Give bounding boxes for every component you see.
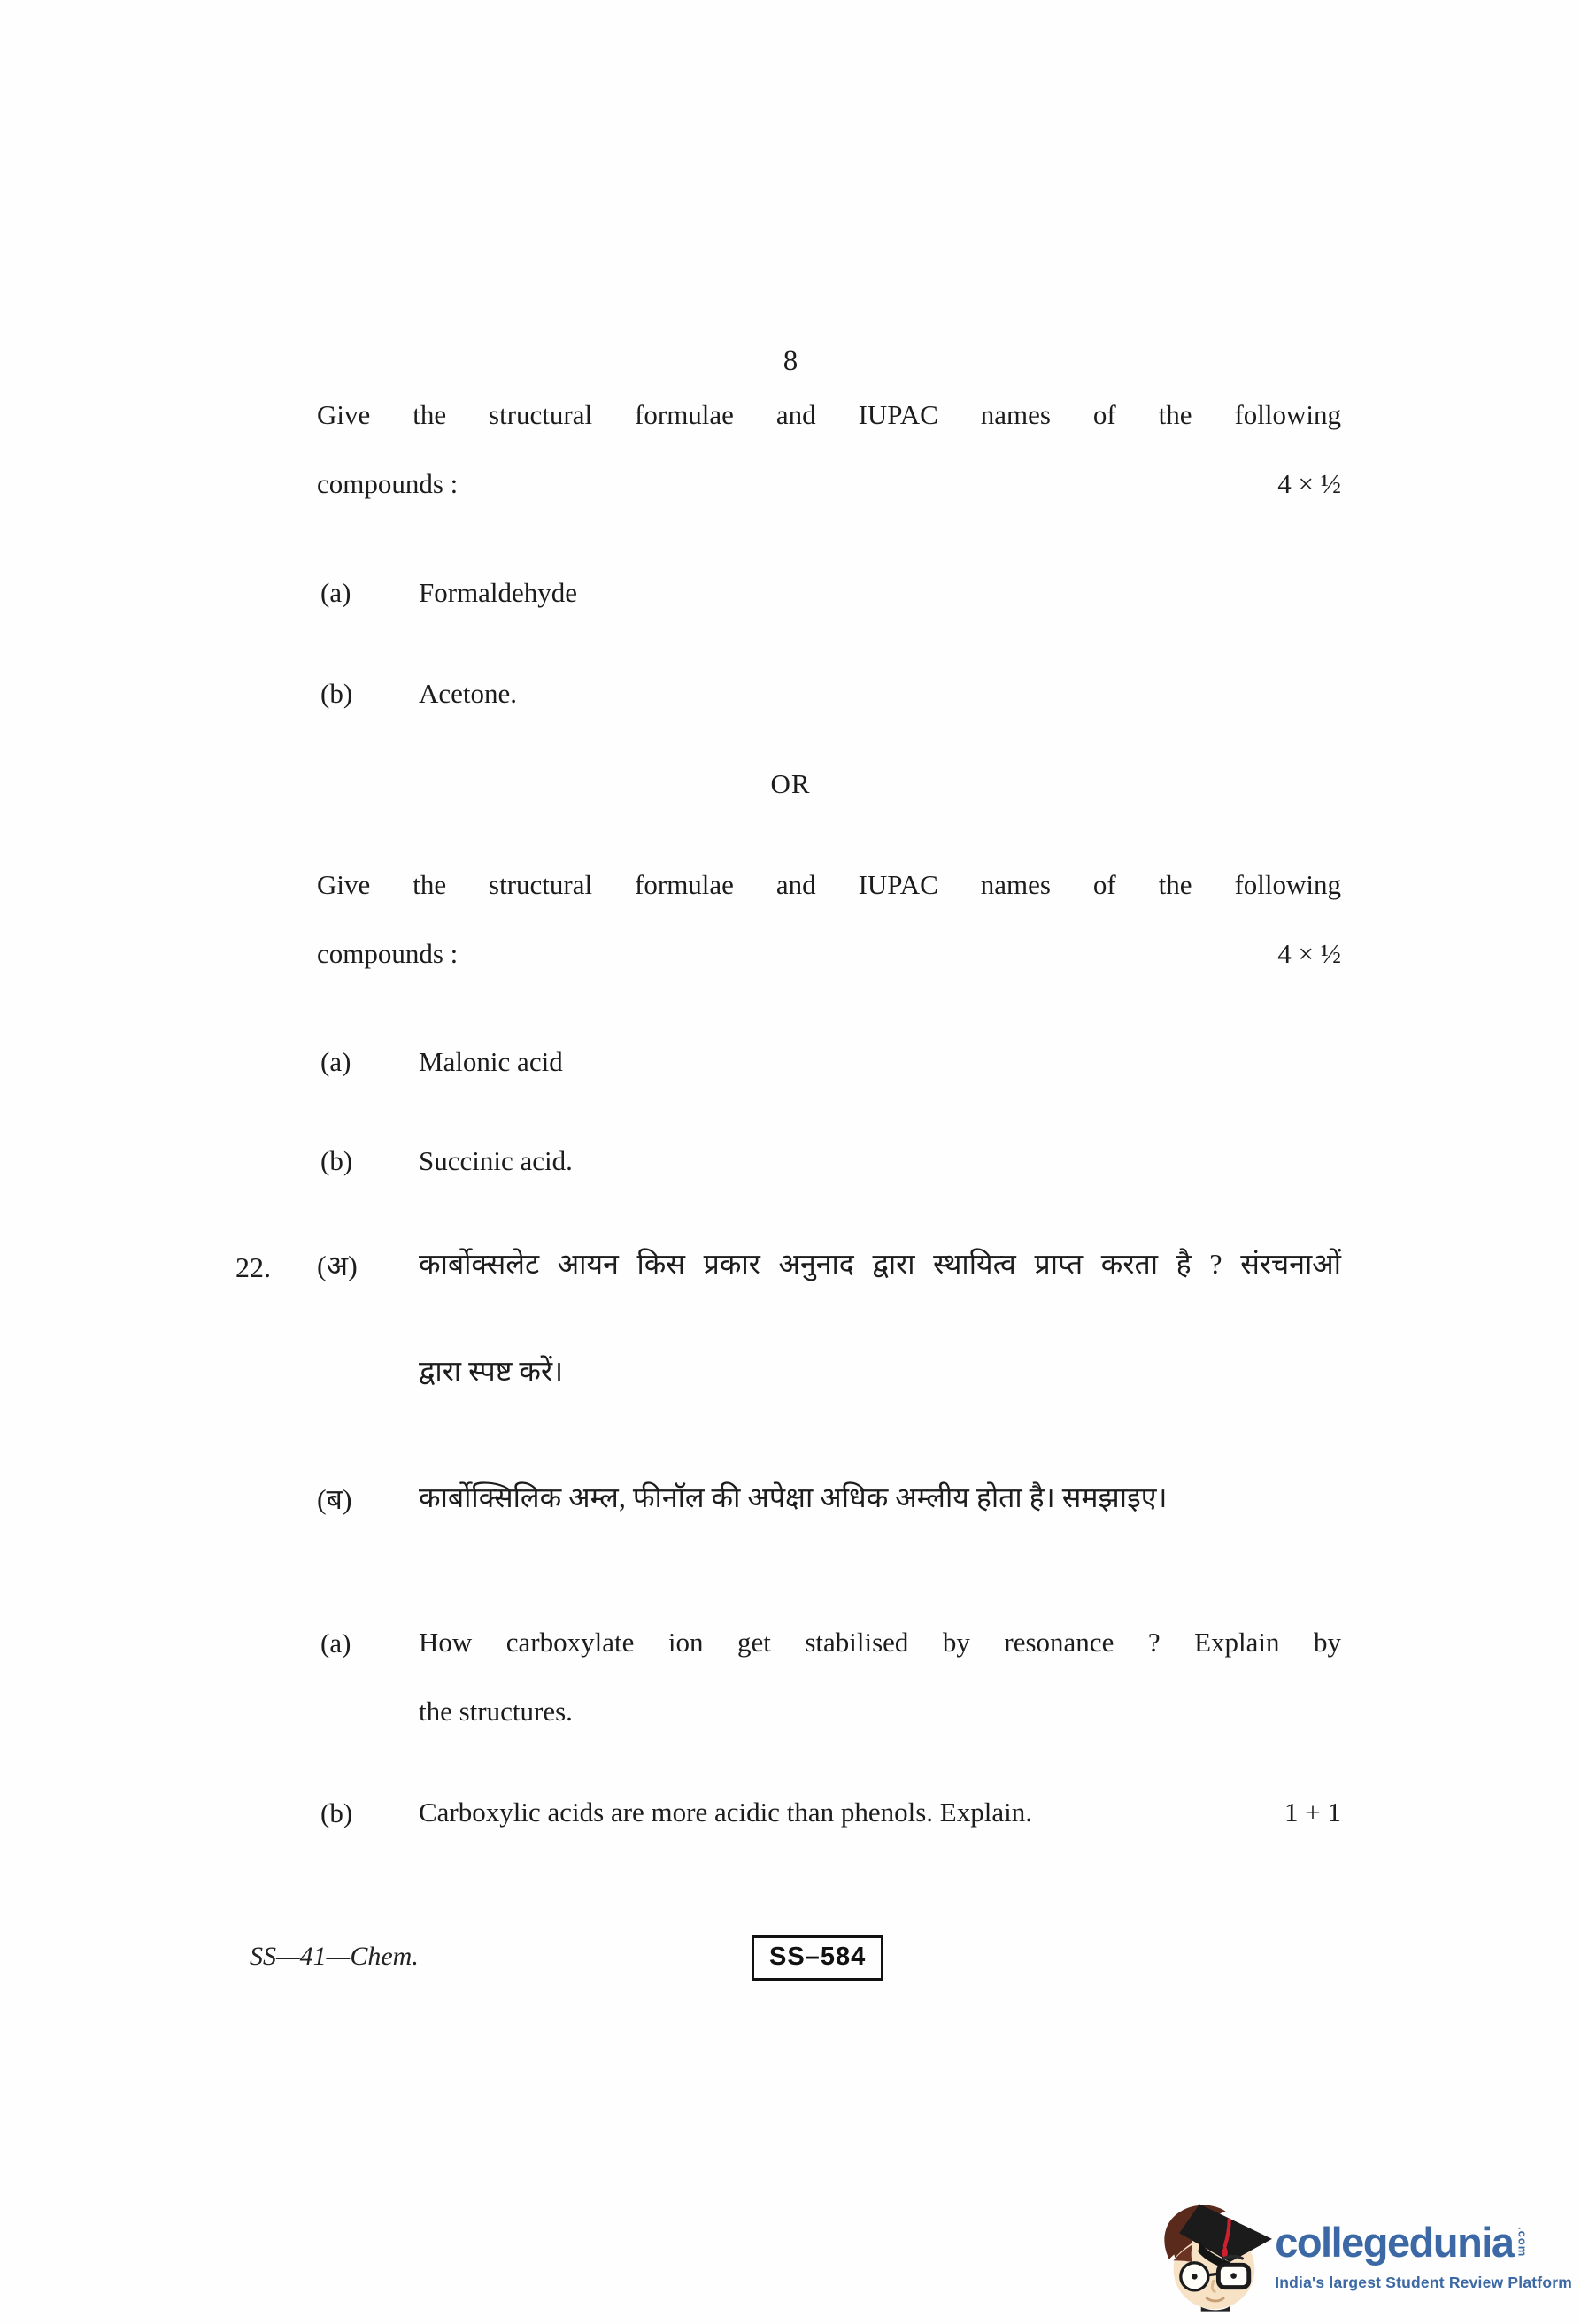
q22-hindi-a-line2: द्वारा स्पष्ट करें। — [419, 1355, 563, 1388]
collegedunia-brand-text: collegedunia — [1275, 2223, 1513, 2263]
q22-english-a-line2: the structures. — [419, 1696, 573, 1728]
q22-english-a-line1: How carboxylate ion get stabilised by re… — [419, 1627, 1341, 1658]
collegedunia-mascot-icon — [1156, 2184, 1275, 2324]
booklet-code-box: SS–584 — [752, 1935, 883, 1981]
q22-hindi-a-label: (अ) — [317, 1250, 358, 1282]
page-number: 8 — [0, 345, 1581, 379]
q21-option1-marks: 4 × ½ — [1277, 468, 1341, 500]
collegedunia-tagline: India's largest Student Review Platform — [1275, 2274, 1572, 2292]
q21-option1-item-b-text: Acetone. — [419, 678, 517, 710]
q22-hindi-a-line1: कार्बोक्सलेट आयन किस प्रकार अनुनाद द्वार… — [419, 1248, 1341, 1281]
q21-option2-marks: 4 × ½ — [1277, 938, 1341, 970]
paper-code: SS—41—Chem. — [250, 1942, 419, 1973]
exam-paper-page: 8 Give the structural formulae and IUPAC… — [0, 0, 1581, 2324]
collegedunia-tld-text: .com — [1515, 2227, 1529, 2266]
q21-option1-item-b-label: (b) — [320, 678, 352, 710]
q21-option2-item-b-text: Succinic acid. — [419, 1145, 573, 1177]
q22-english-b-label: (b) — [320, 1797, 352, 1829]
q21-option1-item-a-text: Formaldehyde — [419, 577, 577, 609]
q22-english-b-text: Carboxylic acids are more acidic than ph… — [419, 1797, 1032, 1828]
q22-hindi-b-text: कार्बोक्सिलिक अम्ल, फीनॉल की अपेक्षा अधि… — [419, 1481, 1341, 1514]
q22-english-a-label: (a) — [320, 1628, 351, 1659]
q21-option2-item-a-label: (a) — [320, 1046, 351, 1078]
q21-option2-intro-line1: Give the structural formulae and IUPAC n… — [317, 869, 1341, 901]
q21-option2-item-a-text: Malonic acid — [419, 1046, 563, 1078]
collegedunia-logo: collegedunia .com India's largest Studen… — [1156, 2184, 1572, 2324]
or-separator: OR — [0, 768, 1581, 800]
q21-option2-intro-line2: compounds : — [317, 938, 458, 970]
q22-number: 22. — [235, 1251, 271, 1284]
q22-hindi-b-label: (ब) — [317, 1483, 352, 1516]
q21-option1-intro-line2: compounds : — [317, 468, 458, 500]
q21-option2-item-b-label: (b) — [320, 1145, 352, 1177]
q22-english-b-marks: 1 + 1 — [1284, 1797, 1341, 1828]
q21-option1-item-a-label: (a) — [320, 577, 351, 609]
q21-option1-intro-line1: Give the structural formulae and IUPAC n… — [317, 399, 1341, 431]
